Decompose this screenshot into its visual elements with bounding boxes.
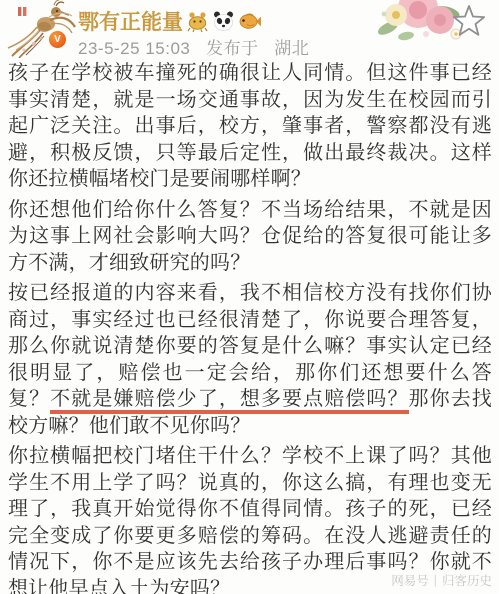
panda-emoji — [212, 10, 235, 33]
paragraph: 按已经报道的内容来看，我不相信校方没有找你们协商过，事实经过也已经很清楚了，你说… — [8, 280, 492, 439]
avatar[interactable] — [6, 0, 78, 58]
watermark-channel: 归客历史 — [442, 571, 492, 589]
paragraph: 你还想他们给你什么答复？不当场给结果，不就是因为这事上网社会影响大吗？仓促给的答… — [8, 197, 492, 277]
timestamp: 23-5-25 15:03 — [78, 39, 190, 58]
watermark: 网易号 | 归客历史 — [391, 571, 492, 589]
star-icon[interactable] — [450, 3, 488, 41]
crab-emoji — [186, 10, 209, 33]
paragraph: 孩子在学校被车撞死的确很让人同情。但这件事已经事实清楚，就是一场交通事故，因为发… — [8, 60, 492, 193]
posted-from-label: 发布于 — [206, 39, 259, 58]
post-header: V 鄂有正能量 — [0, 0, 499, 60]
goldfish-emoji — [238, 10, 261, 33]
post-meta: 23-5-25 15:03 发布于 湖北 — [78, 34, 309, 59]
username[interactable]: 鄂有正能量 — [78, 6, 261, 36]
verified-badge-icon: V — [49, 31, 66, 48]
seal-mark — [18, 7, 26, 16]
weibo-post-screenshot: V 鄂有正能量 — [0, 0, 499, 594]
watermark-brand: 网易号 — [391, 571, 429, 589]
watermark-separator: | — [434, 573, 437, 587]
location: 湖北 — [274, 39, 309, 58]
username-text: 鄂有正能量 — [78, 6, 183, 36]
red-underlined-text: 不就是嫌赔偿少了，想多要点赔偿吗？ — [50, 388, 408, 414]
post-content: 孩子在学校被车撞死的确很让人同情。但这件事已经事实清楚，就是一场交通事故，因为发… — [0, 60, 499, 594]
